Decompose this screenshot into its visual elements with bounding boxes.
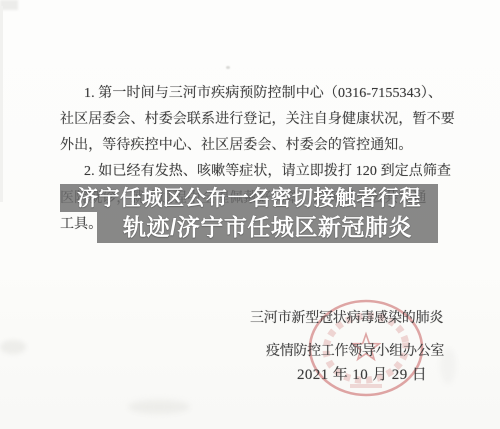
- photo-artifact: [0, 6, 3, 202]
- footer-date: 2021 年 10 月 29 日: [297, 363, 427, 384]
- photo-artifact: [226, 66, 230, 69]
- photo-artifact: [128, 400, 190, 414]
- body-line: 外出，等待疾控中心、社区居委会、村委会的管控通知。: [60, 136, 413, 156]
- body-line: 1. 第一时间与三河市疾病预防控制中心（0316-7155343）、: [84, 84, 442, 104]
- caption-title-line-2: 轨迹/济宁市任城区新冠肺炎: [97, 212, 438, 243]
- body-line: 社区居委会、村委会联系进行登记，关注自身健康状况，暂不要: [60, 110, 455, 130]
- document-photo: 1. 第一时间与三河市疾病预防控制中心（0316-7155343）、 社区居委会…: [0, 0, 500, 429]
- body-line: 2. 如已经有发热、咳嗽等症状，请立即拨打 120 到定点筛查: [84, 162, 451, 182]
- photo-artifact: [0, 340, 26, 354]
- footer-org-line-2: 疫情防控工作领导小组办公室: [266, 340, 444, 360]
- body-line: 工具。: [60, 215, 102, 235]
- caption-title-line-1: 济宁任城区公布一名密切接触者行程: [60, 185, 438, 212]
- footer-org-line-1: 三河市新型冠状病毒感染的肺炎: [250, 307, 443, 327]
